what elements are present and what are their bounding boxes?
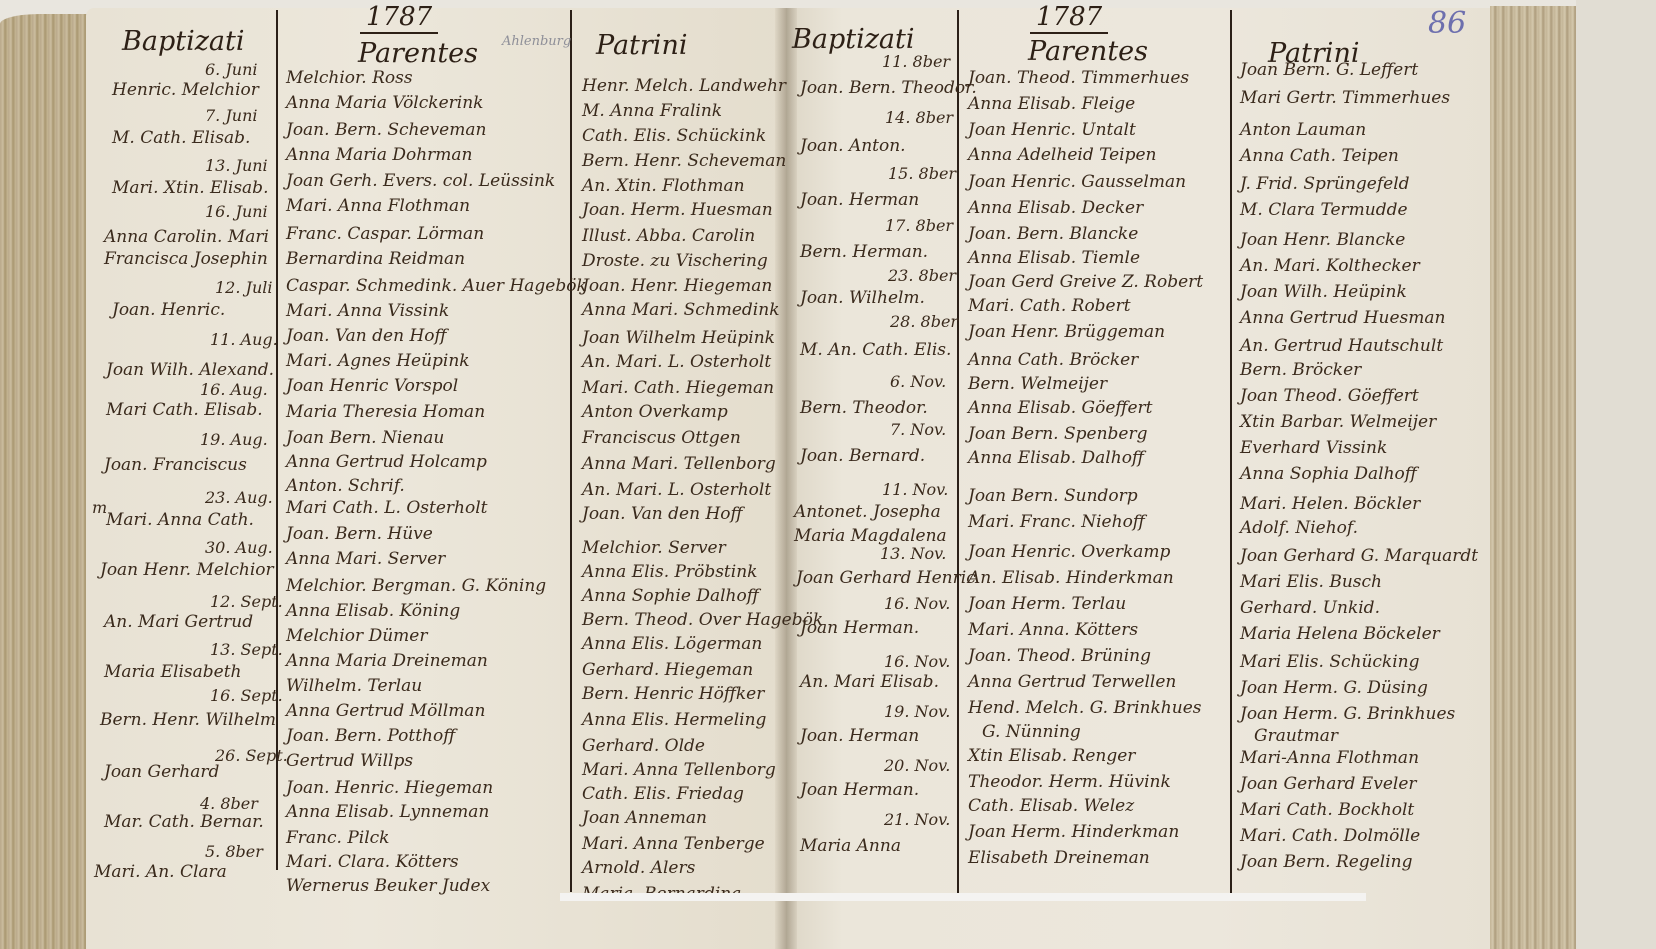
parent-line: Joan. Bern. Blancke — [968, 224, 1138, 244]
column-rule-left-2 — [570, 10, 572, 892]
parent-line: Anton. Schrif. — [286, 476, 405, 496]
godparent-line: Droste. zu Vischering — [582, 251, 768, 271]
godparent-line: Anna Elis. Pröbstink — [582, 562, 757, 582]
godparent-line: Joan. Herm. Huesman — [582, 200, 773, 220]
godparent-line: Illust. Abba. Carolin — [582, 226, 755, 246]
godparent-line: Anna Cath. Teipen — [1240, 146, 1399, 166]
godparent-line: An. Gertrud Hautschult — [1240, 336, 1443, 356]
godparent-line: Anton Lauman — [1240, 120, 1366, 140]
baptism-date: 23. 8ber — [888, 266, 956, 285]
baptized-name: Joan. Franciscus — [104, 455, 247, 475]
baptism-date: 16. Juni — [205, 202, 268, 221]
godparent-line: Melchior. Server — [582, 538, 726, 558]
parent-line: Elisabeth Dreineman — [968, 848, 1150, 868]
baptized-name: Joan Gerhard — [104, 762, 219, 782]
baptism-date: 6. Nov. — [890, 372, 946, 391]
baptized-name: Mari. An. Clara — [94, 862, 227, 882]
baptism-date: 13. Juni — [205, 156, 268, 175]
godparent-line: Mari. Helen. Böckler — [1240, 494, 1420, 514]
page-edges-left — [0, 14, 88, 949]
parent-line: Anna Elisab. Decker — [968, 198, 1143, 218]
parent-line: Bernardina Reidman — [286, 249, 465, 269]
parent-line: Anna Elisab. Tiemle — [968, 248, 1140, 268]
godparent-line: Gerhard. Hiegeman — [582, 660, 753, 680]
parent-line: Hend. Melch. G. Brinkhues — [968, 698, 1201, 718]
parent-line: Maria Theresia Homan — [286, 402, 485, 422]
header-parentes-right: Parentes — [1028, 36, 1148, 67]
baptism-date: 21. Nov. — [884, 810, 950, 829]
godparent-line: Anna Sophia Dalhoff — [1240, 464, 1417, 484]
parent-line: Anna Elisab. Fleige — [968, 94, 1135, 114]
godparent-line: Joan Wilhelm Heüpink — [582, 328, 775, 348]
baptism-date: 17. 8ber — [885, 216, 953, 235]
godparent-line: Mari. Anna Tenberge — [582, 834, 765, 854]
parent-line: An. Elisab. Hinderkman — [968, 568, 1174, 588]
column-rule-right-2 — [1230, 10, 1232, 895]
parent-line: Joan Bern. Nienau — [286, 428, 444, 448]
baptized-name: An. Mari Gertrud — [104, 612, 253, 632]
parent-line: Joan Henric. Gausselman — [968, 172, 1186, 192]
godparent-line: Joan Henr. Blancke — [1240, 230, 1405, 250]
parent-line: Mari. Anna Vissink — [286, 301, 449, 321]
baptism-date: 6. Juni — [205, 60, 258, 79]
baptized-name: Henric. Melchior — [112, 80, 259, 100]
godparent-line: Xtin Barbar. Welmeijer — [1240, 412, 1436, 432]
baptized-name: Mari. Xtin. Elisab. — [112, 178, 268, 198]
parent-line: Joan Bern. Spenberg — [968, 424, 1147, 444]
header-baptizati-left: Baptizati — [122, 26, 245, 57]
godparent-line: Grautmar — [1254, 726, 1338, 746]
godparent-line: Anna Mari. Schmedink — [582, 300, 780, 320]
page-number: 86 — [1428, 6, 1466, 41]
baptism-date: 4. 8ber — [200, 794, 258, 813]
parent-line: Joan. Bern. Potthoff — [286, 726, 455, 746]
baptized-name: Mari Cath. Elisab. — [106, 400, 263, 420]
parent-line: Joan. Theod. Brüning — [968, 646, 1151, 666]
baptism-date: 11. 8ber — [882, 52, 950, 71]
parent-line: Mari. Anna Flothman — [286, 196, 470, 216]
parent-line: Mari. Agnes Heüpink — [286, 351, 470, 371]
godparent-line: Joan Herm. G. Düsing — [1240, 678, 1428, 698]
parent-line: Anna Gertrud Holcamp — [286, 452, 487, 472]
godparent-line: Mari Gertr. Timmerhues — [1240, 88, 1450, 108]
godparent-line: Gerhard. Unkid. — [1240, 598, 1380, 618]
godparent-line: An. Mari. L. Osterholt — [582, 352, 771, 372]
margin-mark: m — [92, 498, 107, 517]
parent-line: Joan. Henric. Hiegeman — [286, 778, 493, 798]
baptized-name: Joan. Anton. — [800, 136, 906, 156]
baptized-name: Maria Anna — [800, 836, 901, 856]
godparent-line: Joan Herm. G. Brinkhues — [1240, 704, 1455, 724]
godparent-line: Joan Wilh. Heüpink — [1240, 282, 1407, 302]
year-header-right: 1787 — [1030, 2, 1108, 34]
parent-line: Melchior. Ross — [286, 68, 413, 88]
baptized-name: Bern. Herman. — [800, 242, 928, 262]
godparent-line: An. Xtin. Flothman — [582, 176, 745, 196]
parent-line: Franc. Pilck — [286, 828, 389, 848]
godparent-line: Maria Helena Böckeler — [1240, 624, 1440, 644]
baptism-date: 11. Nov. — [882, 480, 948, 499]
baptized-name: Joan Henr. Melchior — [100, 560, 274, 580]
baptism-date: 16. Nov. — [884, 594, 950, 613]
godparent-line: Franciscus Ottgen — [582, 428, 741, 448]
godparent-line: Cath. Elis. Schückink — [582, 126, 766, 146]
parent-line: Franc. Caspar. Lörman — [286, 224, 484, 244]
parent-line: Mari. Clara. Kötters — [286, 852, 459, 872]
baptized-name: Antonet. Josepha Maria Magdalena — [794, 500, 964, 548]
parent-line: Bern. Welmeijer — [968, 374, 1107, 394]
baptized-name: Joan. Herman — [800, 190, 919, 210]
baptized-name: Joan. Wilhelm. — [800, 288, 925, 308]
baptism-date: 19. Nov. — [884, 702, 950, 721]
godparent-line: An. Mari. Kolthecker — [1240, 256, 1420, 276]
baptism-date: 16. Aug. — [200, 380, 268, 399]
godparent-line: An. Mari. L. Osterholt — [582, 480, 771, 500]
baptism-date: 30. Aug. — [205, 538, 273, 557]
godparent-line: Joan Theod. Göeffert — [1240, 386, 1419, 406]
godparent-line: Mari Elis. Busch — [1240, 572, 1382, 592]
baptism-date: 16. Nov. — [884, 652, 950, 671]
parent-line: Joan. Theod. Timmerhues — [968, 68, 1189, 88]
godparent-line: Mari-Anna Flothman — [1240, 748, 1419, 768]
parent-line: Joan Gerd Greive Z. Robert — [968, 272, 1203, 292]
godparent-line: J. Frid. Sprüngefeld — [1240, 174, 1410, 194]
baptized-name: Anna Carolin. Mari Francisca Josephin — [104, 226, 274, 270]
godparent-line: Everhard Vissink — [1240, 438, 1387, 458]
parent-line: Mari Cath. L. Osterholt — [286, 498, 487, 518]
baptized-name: Joan. Bern. Theodor. — [800, 78, 977, 98]
baptized-name: M. An. Cath. Elis. — [800, 340, 951, 360]
parent-line: Anna Maria Dreineman — [286, 651, 488, 671]
godparent-line: Joan Bern. G. Leffert — [1240, 60, 1418, 80]
parent-line: Anna Gertrud Terwellen — [968, 672, 1176, 692]
baptized-name: Joan Herman. — [800, 780, 919, 800]
godparent-line: Bern. Bröcker — [1240, 360, 1361, 380]
parent-line: Anna Cath. Bröcker — [968, 350, 1138, 370]
header-parentes-left: Parentes — [358, 38, 478, 69]
baptized-name: Bern. Henr. Wilhelm — [100, 710, 276, 730]
parent-line: Anna Elisab. Göeffert — [968, 398, 1153, 418]
godparent-line: Anna Elis. Lögerman — [582, 634, 762, 654]
baptism-date: 16. Sept. — [210, 686, 283, 705]
parent-line: Joan Henric Vorspol — [286, 376, 458, 396]
parent-line: Mari. Anna. Kötters — [968, 620, 1138, 640]
parent-line: Anna Elisab. Dalhoff — [968, 448, 1144, 468]
baptized-name: An. Mari Elisab. — [800, 672, 939, 692]
parent-line: Wilhelm. Terlau — [286, 676, 422, 696]
parent-line: Anna Elisab. Lynneman — [286, 802, 489, 822]
parent-line: Anna Maria Völckerink — [286, 93, 483, 113]
parent-line: G. Nünning — [982, 722, 1081, 742]
baptism-date: 15. 8ber — [888, 164, 956, 183]
baptized-name: Maria Elisabeth — [104, 662, 242, 682]
baptized-name: Joan. Henric. — [112, 300, 225, 320]
godparent-line: M. Anna Fralink — [582, 101, 722, 121]
parent-line: Joan Henric. Untalt — [968, 120, 1136, 140]
parent-line: Cath. Elisab. Welez — [968, 796, 1134, 816]
godparent-line: Anna Elis. Hermeling — [582, 710, 766, 730]
godparent-line: Anton Overkamp — [582, 402, 728, 422]
godparent-line: Mari Elis. Schücking — [1240, 652, 1419, 672]
godparent-line: Joan Anneman — [582, 808, 707, 828]
baptism-date: 20. Nov. — [884, 756, 950, 775]
baptized-name: Joan Wilh. Alexand. — [106, 360, 274, 380]
parent-line: Joan Gerh. Evers. col. Leüssink — [286, 171, 555, 191]
column-rule-right-1 — [957, 10, 959, 895]
parent-line: Anna Maria Dohrman — [286, 145, 473, 165]
baptized-name: Joan Herman. — [800, 618, 919, 638]
parent-line: Xtin Elisab. Renger — [968, 746, 1135, 766]
godparent-line: Bern. Henric Höffker — [582, 684, 764, 704]
baptism-date: 12. Juli — [215, 278, 272, 297]
parent-line: Wernerus Beuker Judex — [286, 876, 490, 896]
baptized-name: Bern. Theodor. — [800, 398, 928, 418]
header-baptizati-right: Baptizati — [792, 24, 915, 55]
parent-line: Joan. Van den Hoff — [286, 326, 447, 346]
parent-line: Melchior Dümer — [286, 626, 427, 646]
header-patrini-left: Patrini — [596, 30, 687, 61]
column-rule-left-1 — [276, 10, 278, 870]
godparent-line: M. Clara Termudde — [1240, 200, 1408, 220]
book-cover-right — [1576, 0, 1656, 949]
parent-line: Mari. Franc. Niehoff — [968, 512, 1145, 532]
parent-line: Joan. Bern. Hüve — [286, 524, 433, 544]
baptism-date: 19. Aug. — [200, 430, 268, 449]
parent-line: Melchior. Bergman. G. Köning — [286, 576, 546, 596]
parent-line: Joan. Bern. Scheveman — [286, 120, 486, 140]
parent-line: Joan Herm. Terlau — [968, 594, 1126, 614]
baptism-date: 28. 8ber — [890, 312, 958, 331]
godparent-line: Arnold. Alers — [582, 858, 695, 878]
parent-line: Anna Adelheid Teipen — [968, 145, 1157, 165]
parent-line: Joan Henric. Overkamp — [968, 542, 1170, 562]
baptism-date: 13. Sept. — [210, 640, 283, 659]
godparent-line: Mari. Cath. Dolmölle — [1240, 826, 1420, 846]
baptism-date: 12. Sept. — [210, 592, 283, 611]
godparent-line: Joan Gerhard G. Marquardt — [1240, 546, 1478, 566]
parent-line: Joan Herm. Hinderkman — [968, 822, 1179, 842]
baptism-date: 23. Aug. — [205, 488, 273, 507]
godparent-line: Mari Cath. Bockholt — [1240, 800, 1414, 820]
godparent-line: Cath. Elis. Friedag — [582, 784, 744, 804]
parent-line: Joan Henr. Brüggeman — [968, 322, 1165, 342]
godparent-line: Joan Gerhard Eveler — [1240, 774, 1417, 794]
pencil-note: Ahlenburg — [502, 34, 571, 49]
godparent-line: Anna Sophie Dalhoff — [582, 586, 759, 606]
parent-line: Anna Gertrud Möllman — [286, 701, 485, 721]
godparent-line: Henr. Melch. Landwehr — [582, 76, 786, 96]
godparent-line: Mari. Cath. Hiegeman — [582, 378, 774, 398]
baptism-date: 7. Nov. — [890, 420, 946, 439]
parent-line: Anna Elisab. Köning — [286, 601, 460, 621]
godparent-line: Gerhard. Olde — [582, 736, 705, 756]
godparent-line: Adolf. Niehof. — [1240, 518, 1358, 538]
godparent-line: Joan. Henr. Hiegeman — [582, 276, 772, 296]
page-edges-right — [1490, 6, 1576, 949]
baptism-date: 11. Aug. — [210, 330, 278, 349]
parent-line: Mari. Cath. Robert — [968, 296, 1131, 316]
godparent-line: Bern. Henr. Scheveman — [582, 151, 786, 171]
open-register-book: Baptizati 1787 Parentes Ahlenburg Patrin… — [0, 0, 1656, 949]
baptized-name: Joan Gerhard Henric — [796, 568, 976, 588]
parent-line: Gertrud Willps — [286, 751, 413, 771]
godparent-line: Bern. Theod. Over Hagebök — [582, 610, 823, 630]
baptized-name: Mari. Anna Cath. — [106, 510, 254, 530]
baptism-date: 7. Juni — [205, 106, 258, 125]
baptized-name: Joan. Bernard. — [800, 446, 925, 466]
book-gutter — [775, 8, 797, 949]
baptized-name: Joan. Herman — [800, 726, 919, 746]
parent-line: Joan Bern. Sundorp — [968, 486, 1138, 506]
baptism-date: 14. 8ber — [885, 108, 953, 127]
parent-line: Caspar. Schmedink. Auer Hagebök — [286, 276, 587, 296]
baptized-name: Mar. Cath. Bernar. — [104, 812, 264, 832]
godparent-line: Joan Bern. Regeling — [1240, 852, 1412, 872]
godparent-line: Joan. Van den Hoff — [582, 504, 743, 524]
godparent-line: Anna Mari. Tellenborg — [582, 454, 776, 474]
godparent-line: Mari. Anna Tellenborg — [582, 760, 776, 780]
parent-line: Theodor. Herm. Hüvink — [968, 772, 1171, 792]
godparent-line: Anna Gertrud Huesman — [1240, 308, 1445, 328]
baptism-date: 13. Nov. — [880, 544, 946, 563]
baptism-date: 5. 8ber — [205, 842, 263, 861]
year-header-left: 1787 — [360, 2, 438, 34]
baptized-name: M. Cath. Elisab. — [112, 128, 250, 148]
baptism-date: 26. Sept. — [215, 746, 288, 765]
parent-line: Anna Mari. Server — [286, 549, 445, 569]
bottom-edge-strip — [560, 893, 1366, 901]
